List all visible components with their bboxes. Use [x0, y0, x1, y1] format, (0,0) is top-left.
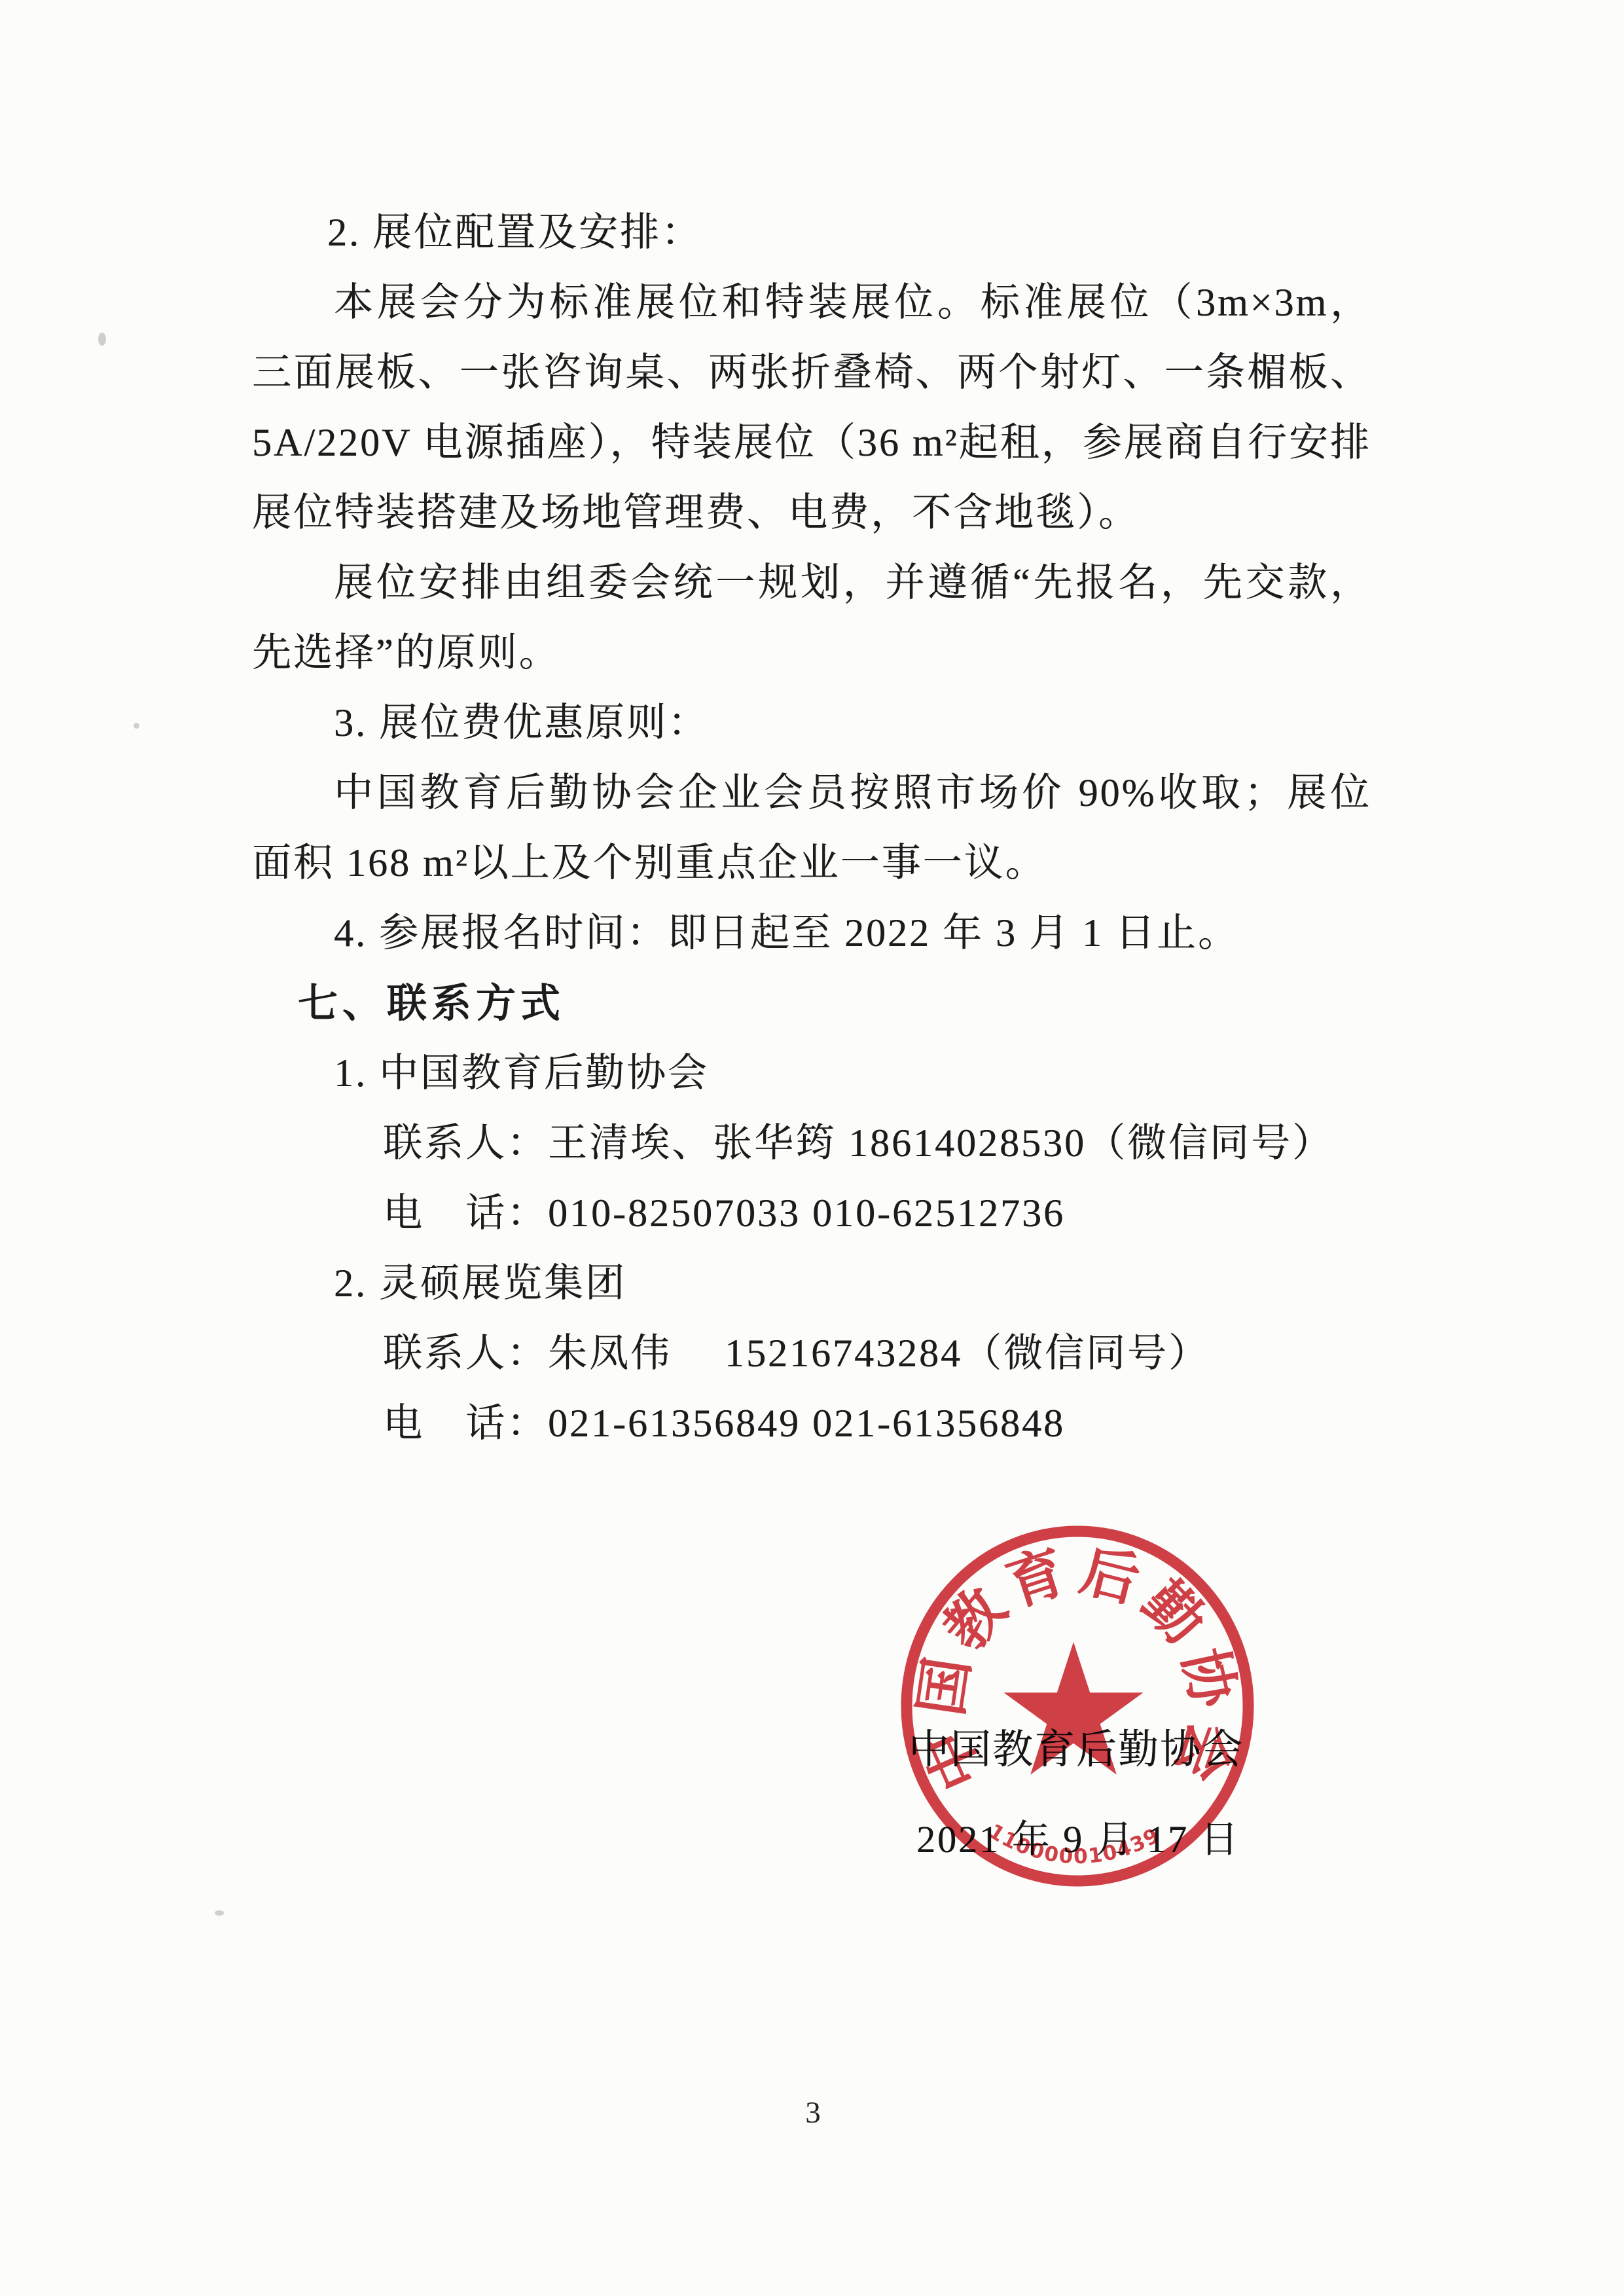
text-line: 展位安排由组委会统一规划，并遵循“先报名，先交款，: [334, 560, 1371, 606]
text-line: 3. 展位费优惠原则：: [334, 700, 709, 746]
text-line: 1. 中国教育后勤协会: [334, 1050, 709, 1096]
text-line: 本展会分为标准展位和特装展位。标准展位（3m×3m，: [334, 280, 1371, 325]
document-page: 2. 展位配置及安排：本展会分为标准展位和特装展位。标准展位（3m×3m，三面展…: [0, 0, 1624, 2296]
text-line: 5A/220V 电源插座），特装展位（36 m²起租，参展商自行安排: [252, 420, 1371, 465]
text-line: 2. 灵硕展览集团: [334, 1260, 626, 1306]
text-line: 4. 参展报名时间：即日起至 2022 年 3 月 1 日止。: [334, 910, 1239, 956]
scan-speck: [134, 723, 139, 729]
text-line: 展位特装搭建及场地管理费、电费，不含地毯）。: [252, 490, 1140, 536]
text-line: 联系人：王清埃、张华筠 18614028530（微信同号）: [383, 1120, 1333, 1166]
text-line: 中国教育后勤协会企业会员按照市场价 90%收取；展位: [334, 770, 1371, 816]
text-line: 2. 展位配置及安排：: [327, 210, 702, 255]
text-line: 电 话：021-61356849 021-61356848: [383, 1400, 1065, 1446]
official-seal: 中国教育后勤协会 110000010439: [892, 1521, 1263, 1891]
section-heading: 七、联系方式: [298, 980, 565, 1026]
text-line: 电 话：010-82507033 010-62512736: [383, 1190, 1065, 1236]
text-line: 联系人：朱凤伟 15216743284（微信同号）: [383, 1330, 1210, 1376]
text-line: 先选择”的原则。: [252, 630, 560, 676]
seal-star: [1004, 1642, 1144, 1775]
scan-speck: [215, 1910, 224, 1916]
text-line: 面积 168 m²以上及个别重点企业一事一议。: [252, 840, 1047, 886]
scan-speck: [98, 333, 106, 346]
page-number: 3: [793, 2095, 833, 2130]
text-line: 三面展板、一张咨询桌、两张折叠椅、两个射灯、一条楣板、: [252, 350, 1371, 395]
